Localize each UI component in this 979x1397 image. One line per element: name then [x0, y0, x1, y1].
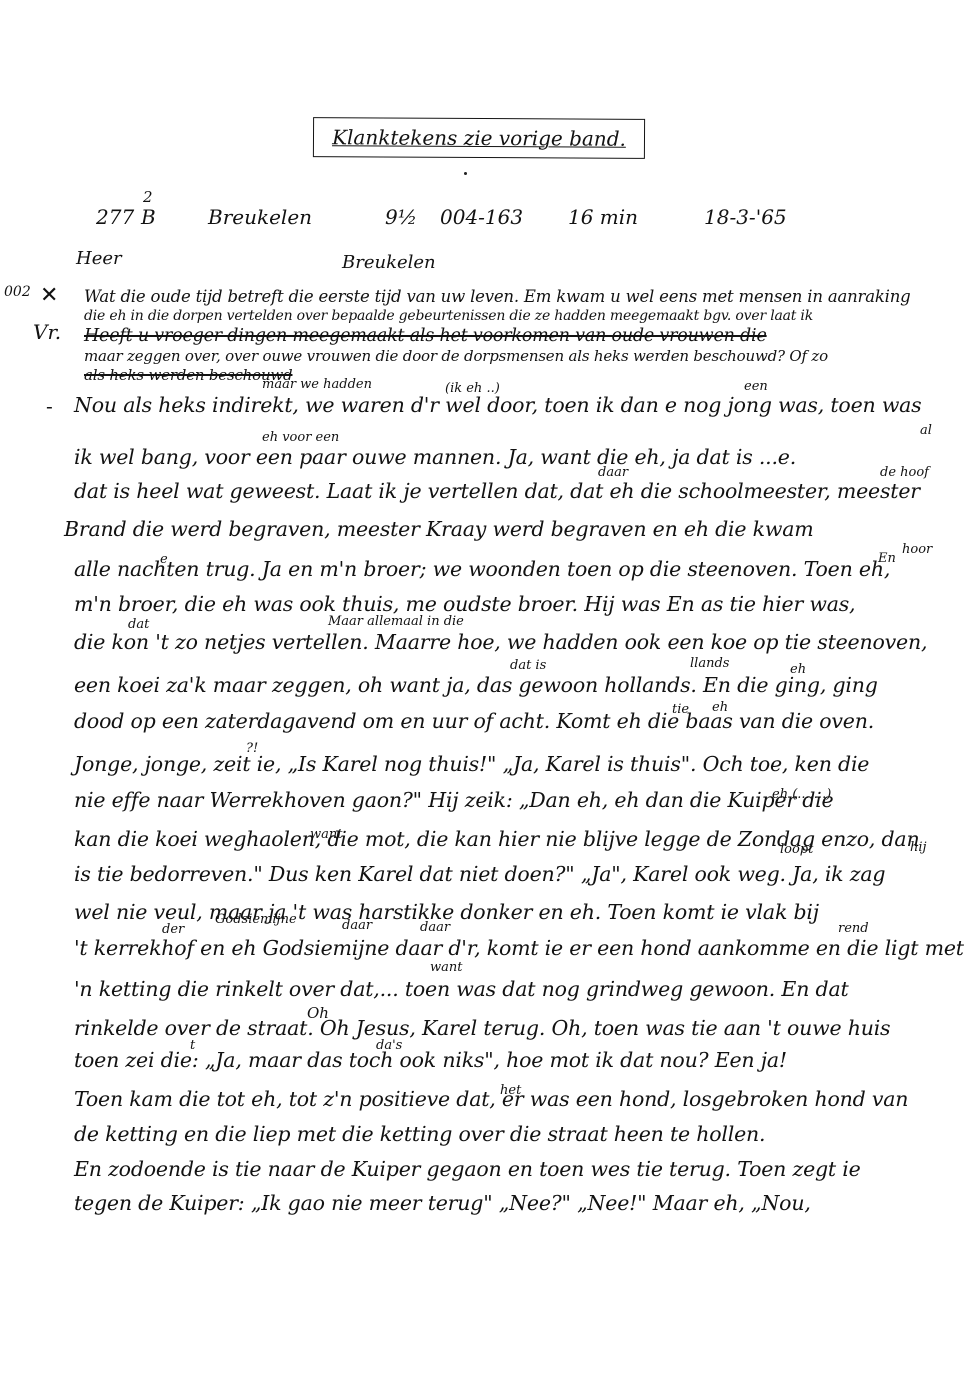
answer-line: Toen kam die tot eh, tot z'n positieve d… — [74, 1087, 908, 1111]
cross-mark: ✕ — [40, 283, 58, 308]
interviewer-line: maar zeggen over, over ouwe vrouwen die … — [84, 347, 828, 365]
insertion: maar we hadden — [262, 377, 372, 392]
answer-line: tegen de Kuiper: „Ik gao nie meer terug"… — [74, 1191, 811, 1215]
tape-side: B — [141, 205, 156, 229]
insertion: hoor — [902, 542, 932, 557]
insertion: der — [162, 922, 184, 937]
tape-side-sup: 2 — [143, 188, 153, 206]
duration: 16 min — [568, 205, 638, 229]
document-title: Klanktekens zie vorige band. — [332, 125, 626, 151]
insertion: rend — [838, 921, 869, 936]
speaker-label: Heer — [76, 248, 122, 269]
insertion: een — [744, 379, 768, 394]
answer-line: wel nie veul, maar ja 't was harstikke d… — [74, 900, 819, 924]
insertion: de hoof — [880, 465, 929, 480]
answer-line: dat is heel wat geweest. Laat ik je vert… — [74, 479, 920, 503]
interviewer-line-struck: Heeft u vroeger dingen meegemaakt als he… — [84, 326, 767, 346]
answer-line: die kon 't zo netjes vertellen. Maarre h… — [74, 630, 927, 654]
answer-line: is tie bedorreven." Dus ken Karel dat ni… — [74, 862, 885, 886]
insertion: Maar allemaal in die — [328, 614, 464, 629]
answer-line: ik wel bang, voor een paar ouwe mannen. … — [74, 445, 796, 469]
answer-line: Jonge, jonge, zeit ie, „Is Karel nog thu… — [74, 752, 869, 776]
answer-line: En zodoende is tie naar de Kuiper gegaon… — [74, 1157, 861, 1181]
insertion: eh voor een — [262, 430, 339, 445]
answer-line: Nou als heks indirekt, we waren d'r wel … — [74, 393, 922, 417]
counter: 004-163 — [440, 205, 523, 229]
tape-number: 277 — [96, 205, 134, 229]
answer-line: Brand die werd begraven, meester Kraay w… — [64, 517, 814, 541]
speed: 9½ — [385, 205, 417, 229]
answer-line: alle nachten trug. Ja en m'n broer; we w… — [74, 557, 890, 581]
answer-dash: - — [46, 394, 53, 418]
answer-line: dood op een zaterdagavend om en uur of a… — [74, 709, 874, 733]
insertion: dat is — [510, 658, 546, 673]
answer-line: nie effe naar Werrekhoven gaon?" Hij zei… — [74, 788, 833, 812]
answer-line: toen zei die: „Ja, maar das toch ook nik… — [74, 1048, 787, 1072]
answer-line: 'n ketting die rinkelt over dat,... toen… — [74, 977, 849, 1001]
ink-dot — [464, 172, 467, 175]
insertion: llands — [690, 656, 729, 671]
date: 18-3-'65 — [704, 205, 787, 229]
answer-line: rinkelde over de straat. Oh Jesus, Karel… — [74, 1016, 890, 1040]
speaker-place: Breukelen — [342, 252, 436, 273]
scanned-page: Klanktekens zie vorige band. 277 2 B Bre… — [0, 0, 979, 1397]
answer-line: m'n broer, die eh was ook thuis, me ouds… — [74, 592, 855, 616]
title-box: Klanktekens zie vorige band. — [313, 117, 645, 159]
insertion: want — [430, 960, 462, 975]
insertion: al — [920, 423, 932, 438]
counter-start: 002 — [4, 284, 31, 300]
place: Breukelen — [208, 205, 312, 229]
answer-line: kan die koei weghaolen, die mot, die kan… — [74, 827, 919, 851]
interviewer-line: Wat die oude tijd betreft die eerste tij… — [84, 287, 911, 306]
answer-line: 't kerrekhof en eh Godsiemijne daar d'r,… — [74, 936, 964, 960]
interviewer-label: Vr. — [33, 320, 61, 344]
answer-line: de ketting en die liep met die ketting o… — [74, 1122, 765, 1146]
answer-line: een koei za'k maar zeggen, oh want ja, d… — [74, 673, 878, 697]
interviewer-line: die eh in die dorpen vertelden over bepa… — [84, 308, 813, 324]
